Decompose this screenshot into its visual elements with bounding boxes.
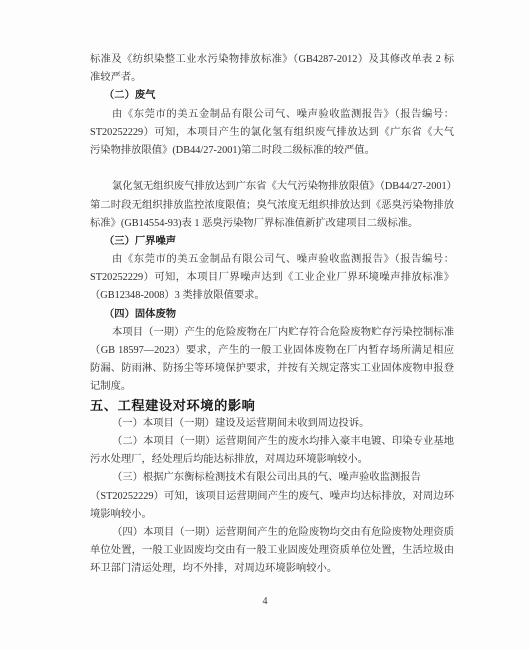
- text-line: ST20252229）可知，本项目厂界噪声达到《工业企业厂界环境噪声排放标准》: [90, 269, 454, 287]
- text-line: 环卫部门清运处理，均不外排，对周边环境影响较小。: [90, 560, 454, 578]
- text-line: 五、工程建设对环境的影响: [90, 397, 454, 415]
- text-line: （GB12348-2008）3 类排放限值要求。: [90, 287, 454, 305]
- text-line: 本项目（一期）产生的危险废物在厂内贮存符合危险废物贮存污染控制标准: [90, 324, 454, 342]
- text-line: （三）根据广东衡标检测技术有限公司出具的气、噪声验收监测报告: [90, 469, 454, 487]
- text-line: （二）本项目（一期）运营期间产生的废水均排入豪丰电镀、印染专业基地: [90, 433, 454, 451]
- text-line: [90, 160, 454, 178]
- text-line: 氯化氢无组织废气排放达到广东省《大气污染物排放限值》（DB44/27-2001）: [90, 178, 454, 196]
- text-line: 单位处置，一般工业固废均交由有一般工业固废处理资质单位处置，生活垃圾由: [90, 542, 454, 560]
- text-line: 记制度。: [90, 378, 454, 396]
- text-line: （四）固体废物: [90, 306, 454, 324]
- text-line: 标准及《纺织染整工业水污染物排放标准》（GB4287-2012）及其修改单表 2…: [90, 51, 454, 69]
- text-line: （三）厂界噪声: [90, 233, 454, 251]
- text-line: （ST20252229）可知，该项目运营期间产生的废气、噪声均达标排放，对周边环: [90, 488, 454, 506]
- text-line: 由《东莞市的美五金制品有限公司气、噪声验收监测报告》（报告编号：: [90, 251, 454, 269]
- text-line: （四）本项目（一期）运营期间产生的危险废物均交由有危险废物处理资质: [90, 524, 454, 542]
- text-line: （一）本项目（一期）建设及运营期间未收到周边投诉。: [90, 415, 454, 433]
- text-line: （二）废气: [90, 87, 454, 105]
- text-line: 污染物排放限值》(DB44/27-2001)第二时段二级标准的较严值。: [90, 142, 454, 160]
- page-number: 4: [0, 596, 530, 607]
- document-page: 标准及《纺织染整工业水污染物排放标准》（GB4287-2012）及其修改单表 2…: [0, 0, 530, 650]
- text-line: 由《东莞市的美五金制品有限公司气、噪声验收监测报告》（报告编号：: [90, 106, 454, 124]
- text-line: ST20252229）可知，本项目产生的氯化氢有组织废气排放达到《广东省《大气: [90, 124, 454, 142]
- text-line: 防漏、防雨淋、防扬尘等环境保护要求，并按有关规定落实工业固体废物申报登: [90, 360, 454, 378]
- text-line: （GB 18597—2023）要求，产生的一般工业固体废物在厂内暂存场所满足相应: [90, 342, 454, 360]
- text-line: 境影响较小。: [90, 506, 454, 524]
- text-line: 准较严者。: [90, 69, 454, 87]
- text-line: 污水处理厂，经处理后均能达标排放，对周边环境影响较小。: [90, 451, 454, 469]
- document-body: 标准及《纺织染整工业水污染物排放标准》（GB4287-2012）及其修改单表 2…: [90, 51, 454, 578]
- text-line: 标准》(GB14554-93)表 1 恶臭污染物厂界标准值新扩改建项目二级标准。: [90, 215, 454, 233]
- text-line: 第二时段无组织排放监控浓度限值；臭气浓度无组织排放达到《恶臭污染物排放: [90, 197, 454, 215]
